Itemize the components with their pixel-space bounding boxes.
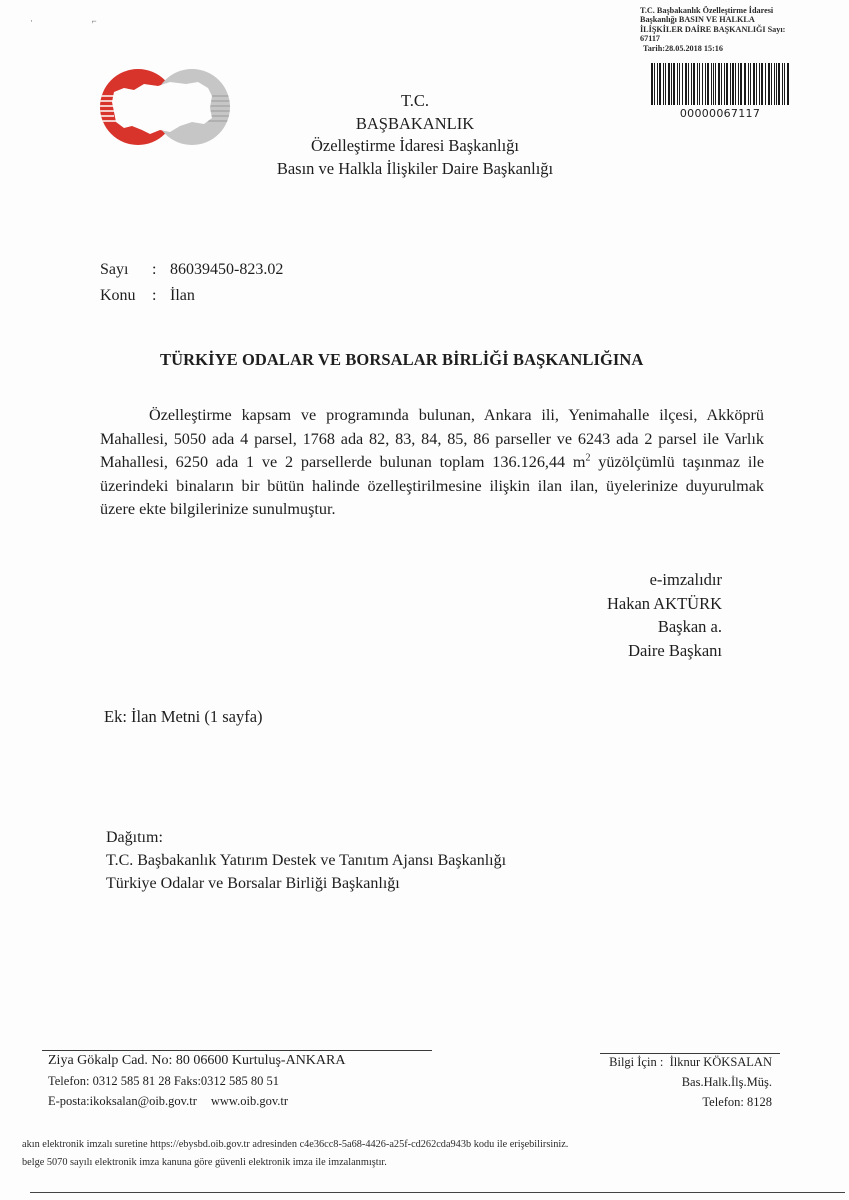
signature-block: e-imzalıdır Hakan AKTÜRK Başkan a. Daire… bbox=[560, 568, 722, 662]
signer-title: Başkan a. bbox=[560, 615, 722, 639]
footer-email-web: E-posta:ikoksalan@oib.gov.trwww.oib.gov.… bbox=[48, 1091, 345, 1111]
footer-contact: Ziya Gökalp Cad. No: 80 06600 Kurtuluş-A… bbox=[48, 1051, 345, 1111]
page-bottom-divider bbox=[30, 1192, 845, 1193]
attachment-note: Ek: İlan Metni (1 sayfa) bbox=[104, 707, 263, 727]
info-title: Bas.Halk.İlş.Müş. bbox=[600, 1072, 772, 1092]
info-phone: Telefon: 8128 bbox=[600, 1092, 772, 1112]
signer-position: Daire Başkanı bbox=[560, 639, 722, 663]
header-ministry: BAŞBAKANLIK bbox=[250, 113, 580, 136]
separator: : bbox=[152, 257, 170, 283]
signature-status: e-imzalıdır bbox=[560, 568, 722, 592]
header-agency: Özelleştirme İdaresi Başkanlığı bbox=[250, 135, 580, 158]
footer-address: Ziya Gökalp Cad. No: 80 06600 Kurtuluş-A… bbox=[48, 1051, 345, 1071]
turkey-map-circles-logo-icon bbox=[100, 66, 230, 148]
konu-row: Konu : İlan bbox=[100, 283, 283, 309]
letter-body: Özelleştirme kapsam ve programında bulun… bbox=[100, 404, 764, 522]
separator: : bbox=[152, 283, 170, 309]
header-department: Basın ve Halkla İlişkiler Daire Başkanlı… bbox=[250, 158, 580, 181]
footer-email[interactable]: E-posta:ikoksalan@oib.gov.tr bbox=[48, 1094, 197, 1108]
sayi-row: Sayı : 86039450-823.02 bbox=[100, 257, 283, 283]
distribution-label: Dağıtım: bbox=[106, 826, 506, 849]
info-label: Bilgi İçin : bbox=[609, 1055, 663, 1069]
barcode-number: 00000067117 bbox=[650, 107, 790, 120]
footer-phone-fax: Telefon: 0312 585 81 28 Faks:0312 585 80… bbox=[48, 1071, 345, 1091]
stamp-line: İLİŞKİLER DAİRE BAŞKANLIĞI Sayı: bbox=[640, 25, 792, 34]
registry-stamp: T.C. Başbakanlık Özelleştirme İdaresi Ba… bbox=[640, 6, 792, 53]
e-signature-verification: akın elektronik imzalı suretine https://… bbox=[22, 1136, 568, 1172]
konu-label: Konu bbox=[100, 283, 152, 309]
distribution-item: T.C. Başbakanlık Yatırım Destek ve Tanıt… bbox=[106, 849, 506, 872]
body-paragraph: Özelleştirme kapsam ve programında bulun… bbox=[100, 404, 764, 522]
scan-artifact: · ⌐ bbox=[30, 16, 97, 26]
stamp-line: 67117 bbox=[640, 34, 792, 43]
verification-line: belge 5070 sayılı elektronik imza kanuna… bbox=[22, 1154, 568, 1172]
stamp-line: Başkanlığı BASIN VE HALKLA bbox=[640, 15, 792, 24]
stamp-date: Tarih:28.05.2018 15:16 bbox=[643, 44, 792, 53]
footer-website[interactable]: www.oib.gov.tr bbox=[211, 1094, 288, 1108]
barcode-icon bbox=[650, 63, 790, 105]
konu-value: İlan bbox=[170, 283, 195, 309]
sayi-label: Sayı bbox=[100, 257, 152, 283]
footer-info: Bilgi İçin : İlknur KÖKSALAN Bas.Halk.İl… bbox=[600, 1052, 772, 1112]
addressee: TÜRKİYE ODALAR VE BORSALAR BİRLİĞİ BAŞKA… bbox=[160, 350, 643, 370]
info-name: İlknur KÖKSALAN bbox=[670, 1055, 772, 1069]
distribution-item: Türkiye Odalar ve Borsalar Birliği Başka… bbox=[106, 872, 506, 895]
sayi-value: 86039450-823.02 bbox=[170, 257, 283, 283]
header-tc: T.C. bbox=[250, 90, 580, 113]
distribution-list: Dağıtım: T.C. Başbakanlık Yatırım Destek… bbox=[106, 826, 506, 895]
document-meta: Sayı : 86039450-823.02 Konu : İlan bbox=[100, 257, 283, 309]
verification-line: akın elektronik imzalı suretine https://… bbox=[22, 1136, 568, 1154]
letterhead: T.C. BAŞBAKANLIK Özelleştirme İdaresi Ba… bbox=[250, 90, 580, 180]
stamp-line: T.C. Başbakanlık Özelleştirme İdaresi bbox=[640, 6, 792, 15]
signer-name: Hakan AKTÜRK bbox=[560, 592, 722, 616]
info-contact: Bilgi İçin : İlknur KÖKSALAN bbox=[600, 1052, 772, 1072]
